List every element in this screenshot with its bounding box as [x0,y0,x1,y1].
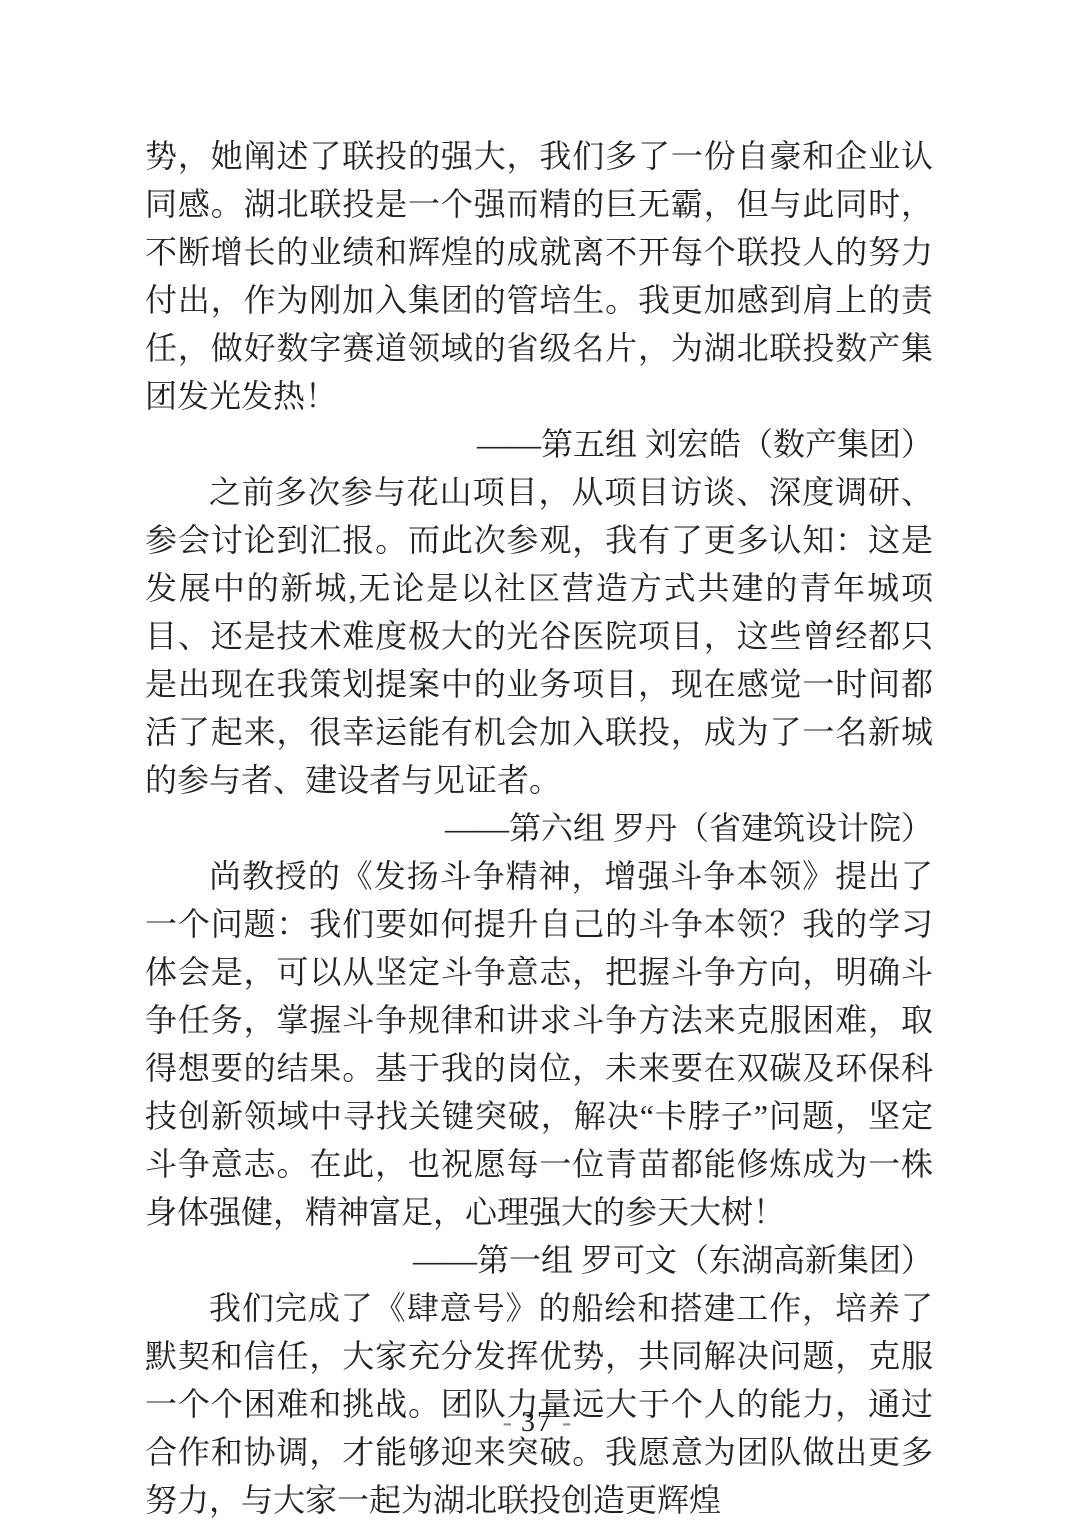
paragraph-teamwork-partial: 我们完成了《肆意号》的船绘和搭建工作，培养了默契和信任，大家充分发挥优势，共同解… [145,1284,933,1520]
page-number-footer: -37- [0,1406,1074,1440]
paragraph-luodan: 之前多次参与花山项目，从项目访谈、深度调研、参会讨论到汇报。而此次参观，我有了更… [145,468,933,804]
paragraph-luokewen: 尚教授的《发扬斗争精神，增强斗争本领》提出了一个问题：我们要如何提升自己的斗争本… [145,852,933,1236]
page-number-dash-left: - [503,1407,512,1438]
attribution-group5-liuhonghao: ——第五组 刘宏皓（数产集团） [145,420,933,468]
page-number-dash-right: - [562,1407,571,1438]
page-number-value: 37 [521,1407,553,1438]
attribution-group6-luodan: ——第六组 罗丹（省建筑设计院） [145,804,933,852]
document-page: 势，她阐述了联投的强大，我们多了一份自豪和企业认同感。湖北联投是一个强而精的巨无… [0,0,1074,1520]
attribution-group1-luokewen: ——第一组 罗可文（东湖高新集团） [145,1236,933,1284]
page-body-text: 势，她阐述了联投的强大，我们多了一份自豪和企业认同感。湖北联投是一个强而精的巨无… [145,132,933,1520]
paragraph-continuation-liuhonghao: 势，她阐述了联投的强大，我们多了一份自豪和企业认同感。湖北联投是一个强而精的巨无… [145,132,933,420]
